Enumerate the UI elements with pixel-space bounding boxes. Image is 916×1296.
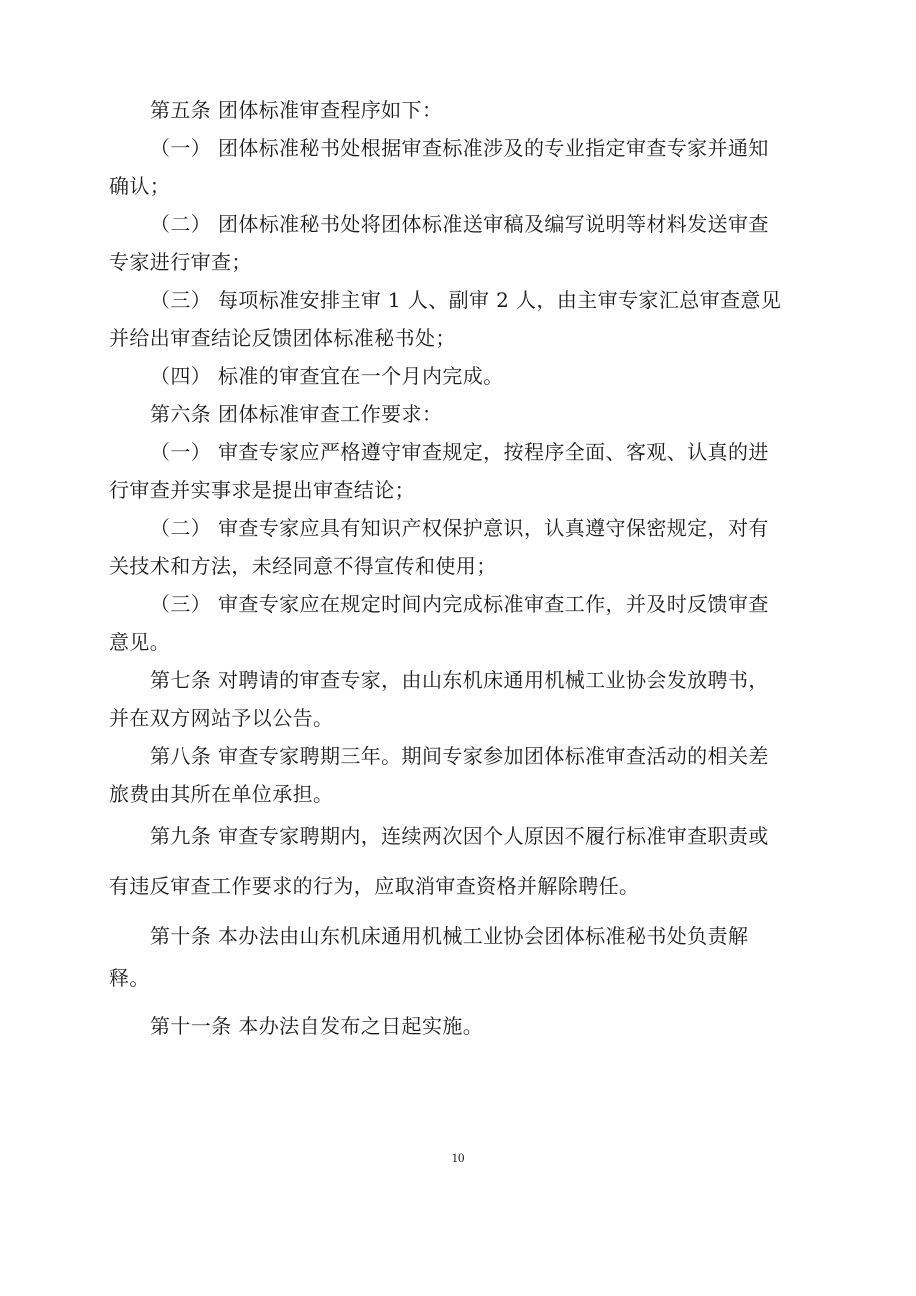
article-11: 第十一条 本办法自发布之日起实施。 bbox=[150, 1014, 483, 1038]
article-6-item-1: （一） 审查专家应严格遵守审查规定，按程序全面、客观、认真的进 bbox=[150, 440, 769, 464]
article-6-heading: 第六条 团体标准审查工作要求： bbox=[150, 402, 442, 426]
article-5-item-3-cont: 并给出审查结论反馈团体标准秘书处； bbox=[109, 326, 456, 350]
article-6-item-3: （三） 审查专家应在规定时间内完成标准审查工作，并及时反馈审查 bbox=[150, 592, 769, 616]
article-8: 第八条 审查专家聘期三年。期间专家参加团体标准审查活动的相关差 bbox=[150, 744, 769, 768]
article-5-heading: 第五条 团体标准审查程序如下： bbox=[150, 98, 442, 122]
article-7: 第七条 对聘请的审查专家，由山东机床通用机械工业协会发放聘书， bbox=[150, 668, 769, 692]
document-page: 第五条 团体标准审查程序如下： （一） 团体标准秘书处根据审查标准涉及的专业指定… bbox=[0, 0, 916, 1296]
article-6-item-1-cont: 行审查并实事求是提出审查结论； bbox=[109, 478, 415, 502]
article-8-cont: 旅费由其所在单位承担。 bbox=[109, 782, 333, 806]
article-6-item-3-cont: 意见。 bbox=[109, 630, 170, 654]
page-number: 10 bbox=[0, 1150, 916, 1166]
article-5-item-4: （四） 标准的审查宜在一个月内完成。 bbox=[150, 364, 504, 388]
article-10: 第十条 本办法由山东机床通用机械工业协会团体标准秘书处负责解 bbox=[150, 924, 748, 948]
article-5-item-2-cont: 专家进行审查； bbox=[109, 250, 252, 274]
article-6-item-2-cont: 关技术和方法，未经同意不得宣传和使用； bbox=[109, 554, 497, 578]
article-6-item-2: （二） 审查专家应具有知识产权保护意识，认真遵守保密规定，对有 bbox=[150, 516, 769, 540]
article-5-item-3: （三） 每项标准安排主审 1 人、副审 2 人，由主审专家汇总审查意见 bbox=[150, 288, 781, 312]
article-9: 第九条 审查专家聘期内，连续两次因个人原因不履行标准审查职责或 bbox=[150, 824, 769, 848]
article-7-cont: 并在双方网站予以公告。 bbox=[109, 706, 333, 730]
article-10-cont: 释。 bbox=[109, 966, 150, 990]
article-9-cont: 有违反审查工作要求的行为，应取消审查资格并解除聘任。 bbox=[109, 874, 639, 898]
article-5-item-2: （二） 团体标准秘书处将团体标准送审稿及编写说明等材料发送审查 bbox=[150, 212, 769, 236]
article-5-item-1: （一） 团体标准秘书处根据审查标准涉及的专业指定审查专家并通知 bbox=[150, 136, 769, 160]
article-5-item-1-cont: 确认； bbox=[109, 174, 170, 198]
